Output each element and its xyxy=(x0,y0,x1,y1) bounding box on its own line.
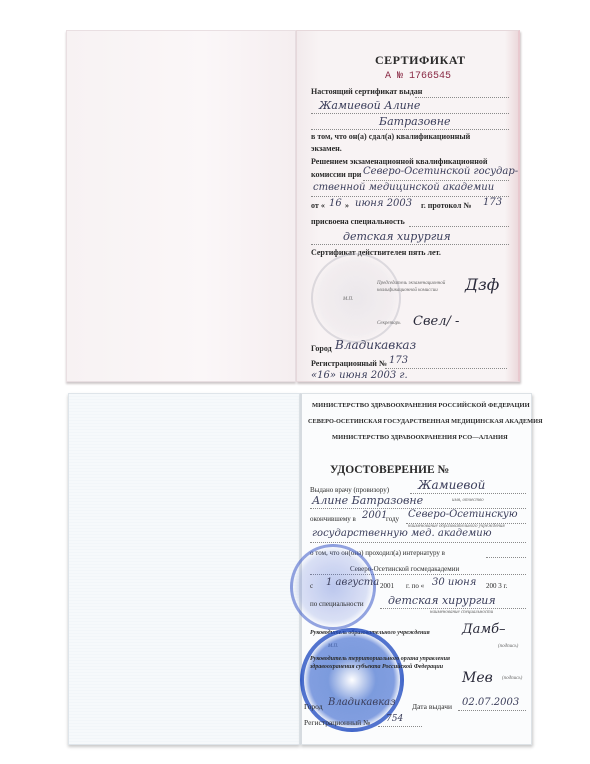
authority-label-2: здравоохранения субъекта Российской Феде… xyxy=(310,664,443,670)
commission-value-1: Северо-Осетинской государ- xyxy=(363,166,518,177)
to-year: 200 3 г. xyxy=(486,582,507,590)
registration-label: Регистрационный № xyxy=(304,718,370,727)
commission-value-2: ственной медицинской академии xyxy=(313,182,494,193)
year-suffix: году xyxy=(386,515,399,523)
dotted-line xyxy=(415,97,509,98)
protocol-number: 173 xyxy=(483,197,502,208)
holder-surname: Жамиевой xyxy=(418,478,485,492)
dotted-line xyxy=(311,113,509,114)
dotted-line xyxy=(378,726,422,727)
head-signature-hint: (подпись) xyxy=(498,644,518,649)
specialty-value: детская хирургия xyxy=(343,230,451,243)
header-ministry-rf: МИНИСТЕРСТВО ЗДРАВООХРАНЕНИЯ РОССИЙСКОЙ … xyxy=(312,402,530,409)
to-label: г. по « xyxy=(406,582,424,590)
specialty-value: детская хирургия xyxy=(388,594,496,607)
authority-signature: Мев xyxy=(462,670,493,686)
issue-date-label: Дата выдачи xyxy=(412,702,452,711)
from-prefix: с xyxy=(310,582,313,590)
exam-text-1: в том, что он(а) сдал(а) квалификационны… xyxy=(311,132,470,141)
specialty-hint: наименование специальности xyxy=(430,610,493,615)
dotted-line xyxy=(409,226,509,227)
udostoverenie-title: УДОСТОВЕРЕНИЕ № xyxy=(330,464,449,476)
issue-date-value: 02.07.2003 xyxy=(462,697,519,708)
secretary-signature: Свел/ - xyxy=(413,314,459,329)
udostoverenie-right-page: МИНИСТЕРСТВО ЗДРАВООХРАНЕНИЯ РОССИЙСКОЙ … xyxy=(300,393,532,745)
graduated-year: 2001 xyxy=(362,510,387,521)
dotted-line xyxy=(486,557,526,558)
to-date: 30 июня xyxy=(432,577,476,588)
holder-name-patronymic: Алине Батразовне xyxy=(312,494,423,507)
specialty-label: по специальности xyxy=(310,600,364,608)
decision-text: Решением экзаменационной квалификационно… xyxy=(311,157,487,166)
certificate-number: А № 1766545 xyxy=(385,71,451,82)
graduated-label: окончившему в xyxy=(310,515,356,523)
city-label: Город xyxy=(304,702,323,711)
holder-patronymic: Батразовне xyxy=(379,115,450,128)
dotted-line xyxy=(458,710,526,711)
official-seal-stamp xyxy=(311,253,401,343)
dotted-line xyxy=(385,368,507,369)
specialty-label: присвоена специальность xyxy=(311,217,405,226)
certificate-right-page: СЕРТИФИКАТ А № 1766545 Настоящий сертифи… xyxy=(296,30,520,382)
city-value: Владикавказ xyxy=(328,697,396,708)
dotted-line xyxy=(311,244,509,245)
registration-number: 173 xyxy=(389,355,408,366)
date-separator: » xyxy=(345,201,349,210)
dotted-line xyxy=(406,523,526,524)
name-hint: имя, отчество xyxy=(452,498,484,503)
chair-label-1: Председатель экзаменационной xyxy=(377,281,445,286)
secretary-label: Секретарь xyxy=(377,321,401,326)
institution-value-1: Северо-Осетинскую xyxy=(408,509,518,520)
certificate-left-page xyxy=(66,30,296,382)
chair-label-2: квалификационной комиссии xyxy=(377,288,438,293)
stamp-mp-label: М.П. xyxy=(343,297,353,302)
date-prefix: от « xyxy=(311,201,325,210)
dotted-line xyxy=(311,129,509,130)
chair-signature: Дзф xyxy=(465,275,499,294)
protocol-label: г. протокол № xyxy=(421,201,471,210)
city-label: Город xyxy=(311,344,332,353)
dotted-line xyxy=(410,493,526,494)
dotted-line xyxy=(311,196,509,197)
udostoverenie-left-page xyxy=(68,393,300,745)
head-signature: Дамб– xyxy=(462,622,506,637)
decision-month-year: июня 2003 xyxy=(355,198,412,209)
issued-to-label: Настоящий сертификат выдан xyxy=(311,87,422,96)
certificate-title: СЕРТИФИКАТ xyxy=(375,53,465,68)
dotted-line xyxy=(310,542,526,543)
registration-label: Регистрационный № xyxy=(311,359,387,368)
holder-name: Жамиевой Алине xyxy=(319,99,420,112)
decision-day: 16 xyxy=(329,198,342,209)
validity-text: Сертификат действителен пять лет. xyxy=(311,248,441,257)
authority-label-1: Руководитель территориального органа упр… xyxy=(310,656,450,662)
header-academy: СЕВЕРО-ОСЕТИНСКАЯ ГОСУДАРСТВЕННАЯ МЕДИЦИ… xyxy=(308,418,543,425)
issue-date: «16» июня 2003 г. xyxy=(311,370,408,381)
dotted-line xyxy=(380,608,526,609)
registration-number: 754 xyxy=(386,714,403,724)
exam-text-2: экзамен. xyxy=(311,144,342,153)
city-value: Владикавказ xyxy=(335,338,416,352)
commission-label: комиссии при xyxy=(311,170,361,179)
header-ministry-rso: МИНИСТЕРСТВО ЗДРАВООХРАНЕНИЯ РСО—АЛАНИЯ xyxy=(332,434,508,441)
institution-value-2: государственную мед. академию xyxy=(312,528,492,539)
authority-signature-hint: (подпись) xyxy=(502,676,522,681)
dotted-line xyxy=(363,180,509,181)
from-date: 1 августа xyxy=(326,577,379,588)
issued-label: Выдано врачу (провизору) xyxy=(310,486,389,494)
from-year: 2001 xyxy=(380,582,394,590)
